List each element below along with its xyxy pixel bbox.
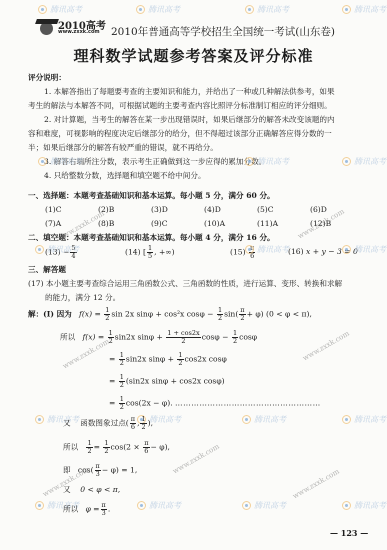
watermark-logo-icon xyxy=(342,415,351,424)
section-1-heading: 一、选择题：本题考查基础知识和基本运算。每小题 5 分，满分 60 分。 xyxy=(28,189,275,203)
note-2-line-2: 容和难度，可视影响的程度决定后继部分的给分，但不得超过该部分正确解答应得分数的一 xyxy=(28,127,332,141)
watermark-brand: 腾讯高考 xyxy=(38,156,82,167)
note-2-line-3: 半；如果后继部分的解答有较严重的错误，就不再给分。 xyxy=(28,141,218,155)
watermark-brand: 腾讯高考 xyxy=(137,500,181,511)
answer-1: (1)C xyxy=(45,203,62,217)
watermark-brand: 腾讯高考 xyxy=(245,156,289,167)
watermark-brand: 腾讯高考 xyxy=(242,414,286,425)
note-2-line-1: 2. 对计算题，当考生的解答在某一步出现错误时，如果后继部分的解答未改变该题的内 xyxy=(44,113,335,127)
note-1-line-2: 考生的解法与本解答不同，可根据试题的主要考查内容比照评分标准制订相应的评分细则。 xyxy=(28,99,332,113)
watermark-logo-icon xyxy=(245,245,254,254)
watermark-logo-icon xyxy=(242,501,251,510)
solution-line-9: 又 0 < φ < π, xyxy=(63,484,120,495)
document-page: 腾讯高考 腾讯高考 腾讯高考 腾讯高考 2010高考 www.zxxk.com … xyxy=(0,0,387,550)
watermark-logo-icon xyxy=(245,157,254,166)
watermark-brand: 腾讯高考 xyxy=(342,414,386,425)
watermark-logo-icon xyxy=(245,5,254,14)
answer-11: (11)A xyxy=(257,217,278,231)
solution-line-3: = 12sin2x sinφ + 12cos2x cosφ xyxy=(109,352,227,367)
page-number: — 123 — xyxy=(330,528,368,538)
answer-3: (3)D xyxy=(151,203,168,217)
watermark-brand: 腾讯高考 xyxy=(342,500,386,511)
grading-notes-heading: 评分说明： xyxy=(28,71,66,85)
watermark-logo-icon xyxy=(137,501,146,510)
solution-line-10: 所以 φ =π3. xyxy=(63,502,110,517)
watermark-url: www.zxxk.com xyxy=(171,442,220,475)
answer-4: (4)D xyxy=(204,203,221,217)
exam-title: 2010年普通高等学校招生全国统一考试(山东卷) xyxy=(111,24,335,39)
answer-14: (14) [15, +∞) xyxy=(125,245,175,260)
solution-line-4: = 12(sin2x sinφ + cos2x cosφ) xyxy=(109,374,225,389)
page-title: 理科数学试题参考答案及评分标准 xyxy=(0,45,387,66)
answer-5: (5)C xyxy=(257,203,274,217)
watermark-brand: 腾讯高考 xyxy=(38,4,82,15)
note-4: 4. 只给整数分数，选择题和填空题不给中间分。 xyxy=(44,169,206,183)
section-3-heading: 三、解答题 xyxy=(28,263,66,277)
answer-9: (9)C xyxy=(151,217,168,231)
logo-url: www.zxxk.com xyxy=(58,29,100,35)
solution-line-7: 所以 12= 12cos(2 × π6− φ), xyxy=(63,440,170,455)
watermark-brand: 腾讯高考 xyxy=(245,244,289,255)
q17-intro-line-2: 的能力，满分 12 分。 xyxy=(45,291,120,305)
watermark-brand: 腾讯高考 xyxy=(342,4,386,15)
watermark-brand: 腾讯高考 xyxy=(242,500,286,511)
watermark-logo-icon xyxy=(342,5,351,14)
watermark-logo-icon xyxy=(38,157,47,166)
solution-line-5: = 12cos(2x − φ). ……………………………………………… xyxy=(109,396,321,411)
solution-line-2: 所以 f(x) = 12sin2x sinφ + 1 + cos2x2cosφ … xyxy=(60,330,257,345)
watermark-logo-icon xyxy=(35,415,44,424)
mascot-logo-icon xyxy=(36,17,58,37)
watermark-brand: 腾讯高考 xyxy=(342,244,386,255)
q17-intro-line-1: (17) 本小题主要考查综合运用三角函数公式、三角函数的性质，进行运算、变形、转… xyxy=(28,277,342,291)
note-1-line-1: 1. 本解答指出了每题要考查的主要知识和能力，并给出了一种或几种解法供参考，如果 xyxy=(44,85,335,99)
watermark-brand: 腾讯高考 xyxy=(136,4,180,15)
answer-10: (10)A xyxy=(204,217,225,231)
watermark-logo-icon xyxy=(342,157,351,166)
watermark-brand: 腾讯高考 xyxy=(35,244,79,255)
watermark-logo-icon xyxy=(242,415,251,424)
answer-6: (6)D xyxy=(310,203,327,217)
watermark-logo-icon xyxy=(136,5,145,14)
solution-line-6: 又 函数图象过点(π6,12), xyxy=(63,416,153,431)
watermark-logo-icon xyxy=(35,501,44,510)
watermark-url: www.zxxk.com xyxy=(301,329,350,362)
watermark-logo-icon xyxy=(38,5,47,14)
watermark-logo-icon xyxy=(342,245,351,254)
watermark-brand: 腾讯高考 xyxy=(245,4,289,15)
watermark-logo-icon xyxy=(35,245,44,254)
watermark-url: www.zxxk.com xyxy=(291,467,340,500)
watermark-logo-icon xyxy=(342,501,351,510)
watermark-brand: 腾讯高考 xyxy=(342,156,386,167)
answer-7: (7)A xyxy=(45,217,61,231)
solution-line-1: 解：(Ⅰ) 因为 f(x) = 12sin 2x sinφ + cos²x co… xyxy=(28,307,312,322)
